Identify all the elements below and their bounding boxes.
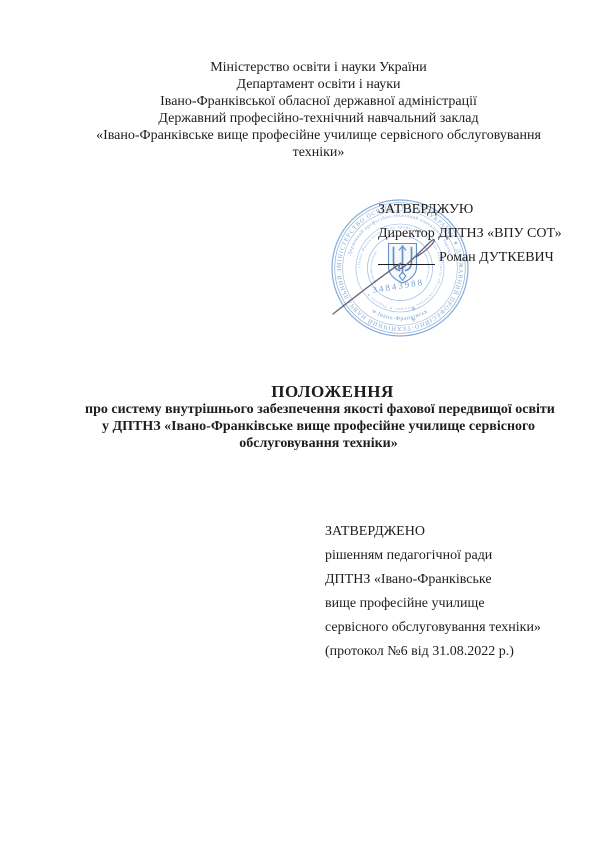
signature-line — [378, 263, 435, 265]
stamp-star-icon: ✳ — [411, 317, 416, 324]
header-line-institution-type: Державний професійно-технічний навчальни… — [85, 110, 552, 127]
document-subtitle-line: у ДПТНЗ «Івано-Франківське вище професій… — [85, 418, 552, 435]
header-line-administration: Івано-Франківської обласної державної ад… — [85, 93, 552, 110]
document-subtitle-line: обслуговування техніки» — [85, 435, 552, 452]
document-title: ПОЛОЖЕННЯ — [99, 383, 566, 401]
document-title-block: ПОЛОЖЕННЯ про систему внутрішнього забез… — [85, 383, 552, 452]
signatory-name: Роман ДУТКЕВИЧ — [439, 246, 554, 270]
signature-row: Роман ДУТКЕВИЧ — [378, 246, 562, 270]
document-page: Міністерство освіти і науки України Депа… — [0, 0, 595, 841]
approval-heading: ЗАТВЕРДЖУЮ — [378, 198, 562, 222]
header-line-ministry: Міністерство освіти і науки України — [85, 59, 552, 76]
header-line-institution-name-tail: техніки» — [85, 144, 552, 161]
approval-position: Директор ДПТНЗ «ВПУ СОТ» — [378, 222, 562, 246]
stamp-star-icon: ✳ — [411, 306, 416, 313]
approved-heading: ЗАТВЕРДЖЕНО — [325, 520, 541, 544]
protocol-line: (протокол №6 від 31.08.2022 р.) — [325, 640, 541, 664]
header-line-institution-name: «Івано-Франківське вище професійне учили… — [85, 127, 552, 144]
document-subtitle-line: про систему внутрішнього забезпечення як… — [85, 401, 552, 418]
approval-block-director: ЗАТВЕРДЖУЮ Директор ДПТНЗ «ВПУ СОТ» Рома… — [378, 198, 562, 270]
header-line-department: Департамент освіти і науки — [85, 76, 552, 93]
document-header: Міністерство освіти і науки України Депа… — [85, 59, 552, 161]
approved-line: вище професійне училище — [325, 592, 541, 616]
approved-line: сервісного обслуговування техніки» — [325, 616, 541, 640]
approval-block-council: ЗАТВЕРДЖЕНО рішенням педагогічної ради Д… — [325, 520, 541, 665]
approved-line: ДПТНЗ «Івано-Франківське — [325, 568, 541, 592]
approved-line: рішенням педагогічної ради — [325, 544, 541, 568]
